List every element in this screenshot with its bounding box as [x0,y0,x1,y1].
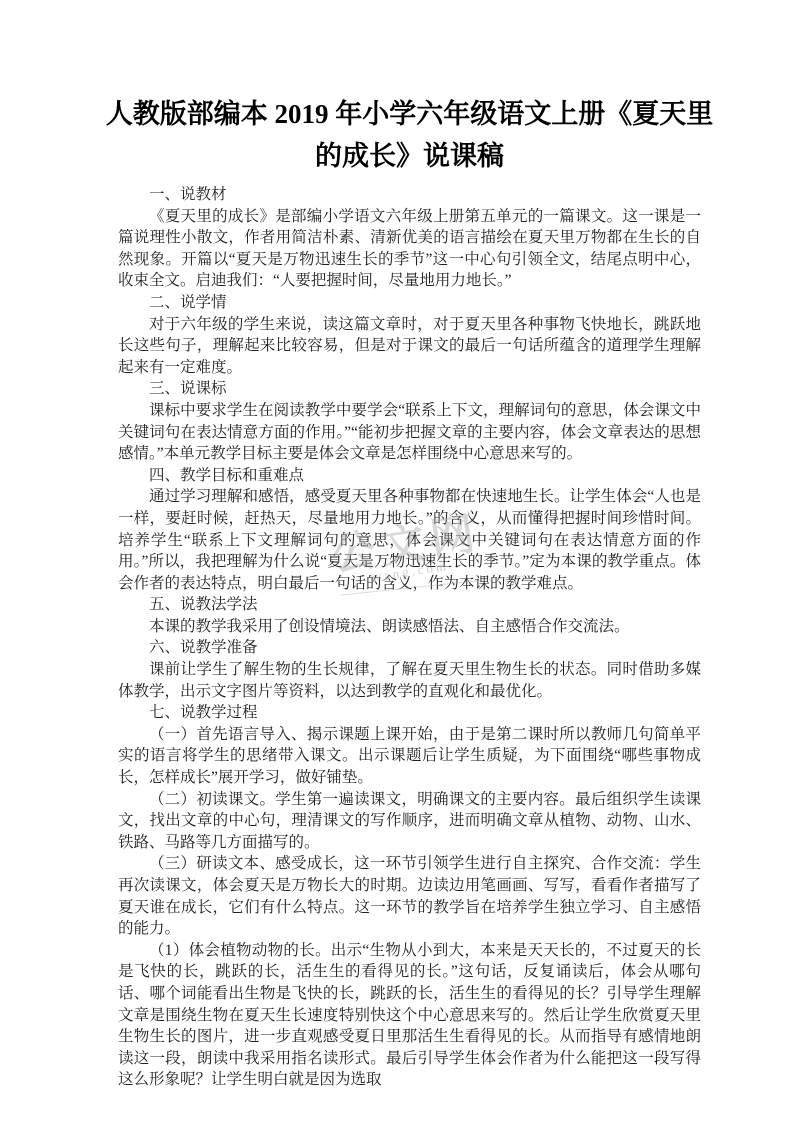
section-teaching-material: 一、说教材 《夏天里的成长》是部编小学语文六年级上册第五单元的一篇课文。这一课是… [118,184,701,292]
section-paragraph: 对于六年级的学生来说，读这篇文章时，对于夏天里各种事物飞快地长，跳跃地长这些句子… [118,314,701,379]
section-teaching-process: 七、说教学过程 （一）首先语言导入、揭示课题上课开始，由于是第二课时所以教师几句… [118,702,701,1091]
section-curriculum-standard: 三、说课标 课标中要求学生在阅读教学中要学会“联系上下文，理解词句的意思，体会课… [118,378,701,464]
section-objectives-key-points: 四、教学目标和重难点 通过学习理解和感悟，感受夏天里各种事物都在快速地生长。让学… [118,465,701,595]
section-paragraph: 课标中要求学生在阅读教学中要学会“联系上下文，理解词句的意思，体会课文中关键词句… [118,400,701,465]
section-heading: 二、说学情 [118,292,701,314]
section-heading: 五、说教法学法 [118,594,701,616]
section-heading: 一、说教材 [118,184,701,206]
section-paragraph: 本课的教学我采用了创设情境法、朗读感悟法、自主感悟合作交流法。 [118,616,701,638]
section-paragraph: 课前让学生了解生物的生长规律，了解在夏天里生物生长的状态。同时借助多媒体教学，出… [118,659,701,702]
section-heading: 六、说教学准备 [118,637,701,659]
section-paragraph: （三）研读文本、感受成长，这一环节引领学生进行自主探究、合作交流：学生再次读课文… [118,853,701,939]
document-title: 人教版部编本 2019 年小学六年级语文上册《夏天里的成长》说课稿 [104,93,715,177]
section-heading: 三、说课标 [118,378,701,400]
section-paragraph: 《夏天里的成长》是部编小学语文六年级上册第五单元的一篇课文。这一课是一篇说理性小… [118,206,701,292]
section-teaching-methods: 五、说教法学法 本课的教学我采用了创设情境法、朗读感悟法、自主感悟合作交流法。 [118,594,701,637]
section-paragraph: （1）体会植物动物的长。出示“生物从小到大，本来是天天长的，不过夏天的长是飞快的… [118,940,701,1091]
section-paragraph: （二）初读课文。学生第一遍读课文，明确课文的主要内容。最后组织学生读课文，找出文… [118,789,701,854]
section-heading: 四、教学目标和重难点 [118,465,701,487]
document-content: 人教版部编本 2019 年小学六年级语文上册《夏天里的成长》说课稿 一、说教材 … [118,93,701,1091]
section-teaching-preparation: 六、说教学准备 课前让学生了解生物的生长规律，了解在夏天里生物生长的状态。同时借… [118,637,701,702]
document-page: 人教版部编本 2019 年小学六年级语文上册《夏天里的成长》说课稿 一、说教材 … [0,0,793,1122]
section-paragraph: 通过学习理解和感悟，感受夏天里各种事物都在快速地生长。让学生体会“人也是一样，要… [118,486,701,594]
section-heading: 七、说教学过程 [118,702,701,724]
section-paragraph: （一）首先语言导入、揭示课题上课开始，由于是第二课时所以教师几句简单平实的语言将… [118,724,701,789]
section-learner-analysis: 二、说学情 对于六年级的学生来说，读这篇文章时，对于夏天里各种事物飞快地长，跳跃… [118,292,701,378]
